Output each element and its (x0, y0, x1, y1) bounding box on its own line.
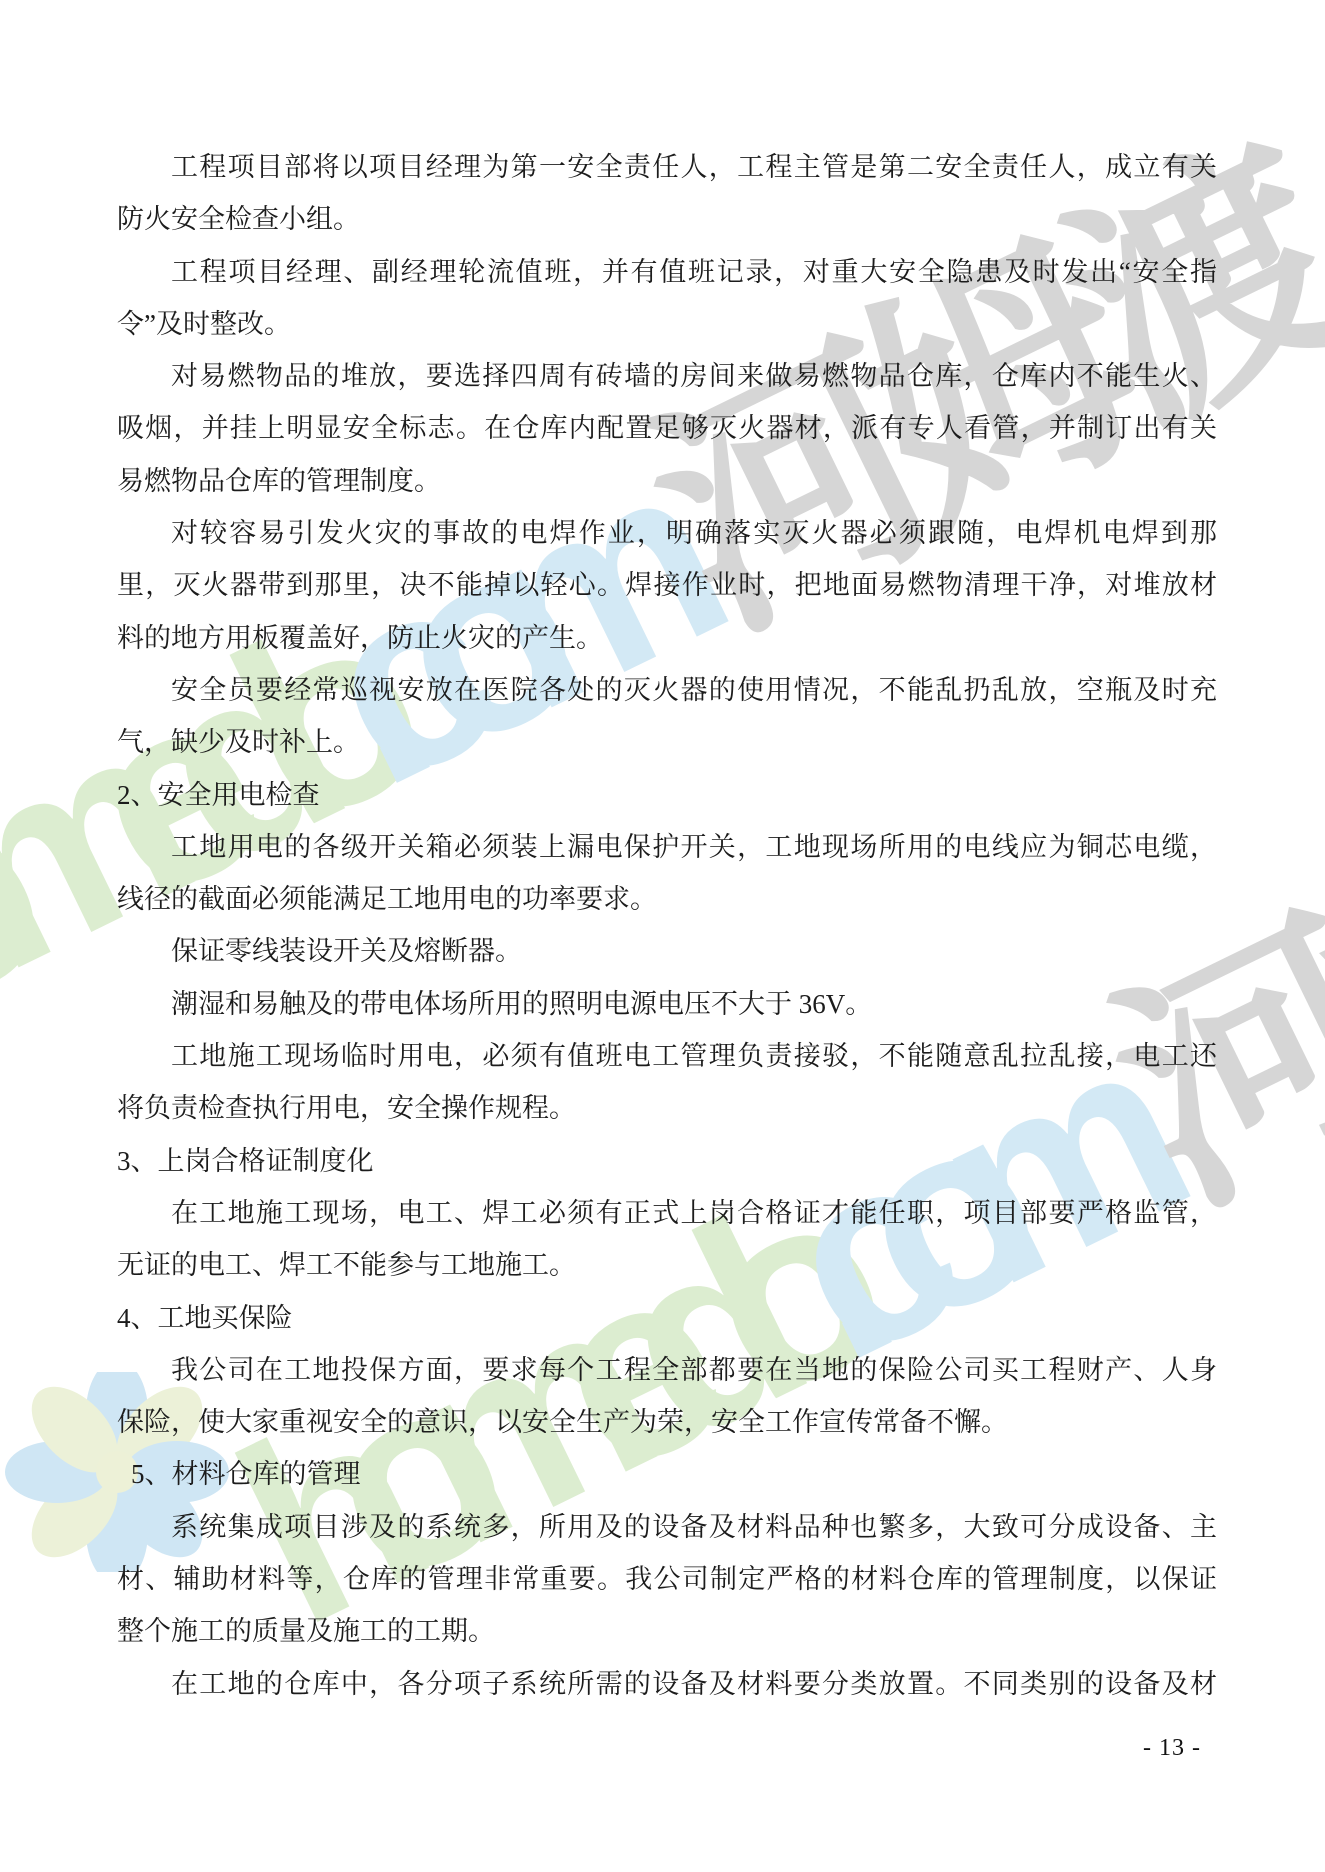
text-line: 材、辅助材料等，仓库的管理非常重要。我公司制定严格的材料仓库的管理制度，以保证 (117, 1553, 1217, 1605)
text-line: 工地施工现场临时用电，必须有值班电工管理负责接驳，不能随意乱拉乱接，电工还 (117, 1030, 1217, 1082)
text-line: 安全员要经常巡视安放在医院各处的灭火器的使用情况，不能乱扔乱放，空瓶及时充 (117, 664, 1217, 716)
text-line: 易燃物品仓库的管理制度。 (117, 455, 1217, 507)
page-number: - 13 - (1143, 1734, 1201, 1762)
text-line: 5、材料仓库的管理 (117, 1448, 1217, 1500)
text-line: 将负责检查执行用电，安全操作规程。 (117, 1082, 1217, 1134)
text-line: 工程项目经理、副经理轮流值班，并有值班记录，对重大安全隐患及时发出“安全指 (117, 246, 1217, 298)
document-page: homedo.com河姆渡 homedo.com河姆渡 工程项目部将以项目经理为… (0, 0, 1325, 1872)
text-line: 我公司在工地投保方面，要求每个工程全部都要在当地的保险公司买工程财产、人身 (117, 1344, 1217, 1396)
text-line: 料的地方用板覆盖好，防止火灾的产生。 (117, 612, 1217, 664)
text-line: 工地用电的各级开关箱必须装上漏电保护开关，工地现场所用的电线应为铜芯电缆， (117, 821, 1217, 873)
text-line: 整个施工的质量及施工的工期。 (117, 1605, 1217, 1657)
text-line: 2、安全用电检查 (117, 769, 1217, 821)
text-line: 系统集成项目涉及的系统多，所用及的设备及材料品种也繁多，大致可分成设备、主 (117, 1501, 1217, 1553)
text-line: 保险，使大家重视安全的意识，以安全生产为荣，安全工作宣传常备不懈。 (117, 1396, 1217, 1448)
text-line: 无证的电工、焊工不能参与工地施工。 (117, 1239, 1217, 1291)
text-line: 在工地的仓库中，各分项子系统所需的设备及材料要分类放置。不同类别的设备及材 (117, 1658, 1217, 1710)
text-line: 线径的截面必须能满足工地用电的功率要求。 (117, 873, 1217, 925)
text-line: 对易燃物品的堆放，要选择四周有砖墙的房间来做易燃物品仓库，仓库内不能生火、 (117, 350, 1217, 402)
text-line: 对较容易引发火灾的事故的电焊作业，明确落实灭火器必须跟随，电焊机电焊到那 (117, 507, 1217, 559)
text-line: 吸烟，并挂上明显安全标志。在仓库内配置足够灭火器材，派有专人看管，并制订出有关 (117, 402, 1217, 454)
text-line: 工程项目部将以项目经理为第一安全责任人，工程主管是第二安全责任人，成立有关 (117, 141, 1217, 193)
text-line: 防火安全检查小组。 (117, 193, 1217, 245)
text-line: 4、工地买保险 (117, 1292, 1217, 1344)
document-text-block: 工程项目部将以项目经理为第一安全责任人，工程主管是第二安全责任人，成立有关防火安… (117, 141, 1217, 1710)
text-line: 里，灭火器带到那里，决不能掉以轻心。焊接作业时，把地面易燃物清理干净，对堆放材 (117, 559, 1217, 611)
text-line: 在工地施工现场，电工、焊工必须有正式上岗合格证才能任职，项目部要严格监管， (117, 1187, 1217, 1239)
text-line: 保证零线装设开关及熔断器。 (117, 925, 1217, 977)
text-line: 令”及时整改。 (117, 298, 1217, 350)
text-line: 潮湿和易触及的带电体场所用的照明电源电压不大于 36V。 (117, 978, 1217, 1030)
text-line: 3、上岗合格证制度化 (117, 1135, 1217, 1187)
text-line: 气，缺少及时补上。 (117, 716, 1217, 768)
